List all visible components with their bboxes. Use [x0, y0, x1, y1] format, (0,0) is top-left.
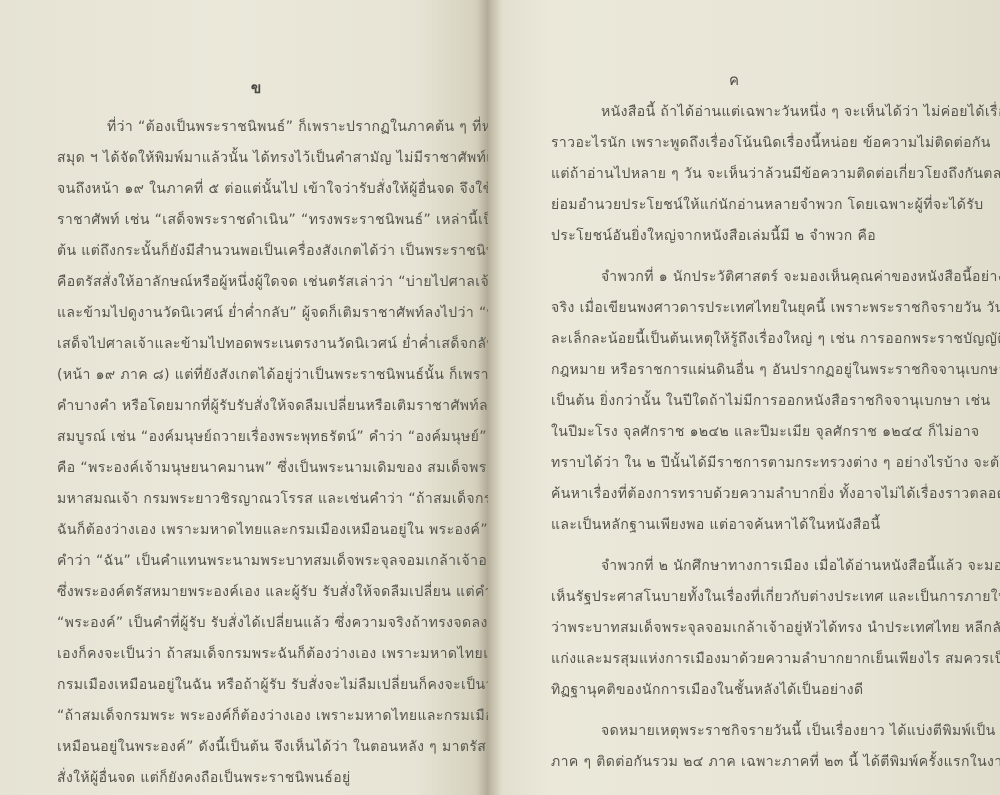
text-line: ฉันก็ต้องว่างเอง เพราะมหาดไทยและกรมเมือง…: [57, 515, 460, 546]
left-page: ข ที่ว่า “ต้องเป็นพระราชนิพนธ์” ก็เพราะป…: [0, 0, 488, 795]
text-line: จนถึงหน้า ๑๙ ในภาคที่ ๕ ต่อแต่นั้นไป เข้…: [57, 174, 460, 205]
right-page-number: ค: [729, 68, 739, 92]
text-line: สมบูรณ์ เช่น “องค์มนุษย์ถวายเรื่องพระพุท…: [57, 422, 460, 453]
text-line: คือตรัสสั่งให้อาลักษณ์หรือผู้หนึ่งผู้ใดจ…: [57, 267, 460, 298]
right-page-text: หนังสือนี้ ถ้าได้อ่านแต่เฉพาะวันหนึ่ง ๆ …: [551, 97, 949, 778]
text-line: จริง เมื่อเขียนพงศาวดารประเทศไทยในยุคนี้…: [551, 293, 949, 324]
paragraph: จดหมายเหตุพระราชกิจรายวันนี้ เป็นเรื่องย…: [551, 716, 949, 778]
text-line: กฎหมาย หรือราชการแผ่นดินอื่น ๆ อันปรากฏอ…: [551, 355, 949, 386]
text-line: ว่าพระบาทสมเด็จพระจุลจอมเกล้าเจ้าอยู่หัว…: [551, 613, 949, 644]
text-line: ค้นหาเรื่องที่ต้องการทราบด้วยความลำบากยิ…: [551, 479, 949, 510]
text-line: จดหมายเหตุพระราชกิจรายวันนี้ เป็นเรื่องย…: [551, 716, 949, 747]
text-line: “พระองค์” เป็นคำที่ผู้รับ รับสั่งได้เปลี…: [57, 608, 460, 639]
text-line: กรมเมืองเหมือนอยู่ในฉัน หรือถ้าผู้รับ รั…: [57, 670, 460, 701]
right-page: ค หนังสือนี้ ถ้าได้อ่านแต่เฉพาะวันหนึ่ง …: [488, 0, 1000, 795]
text-line: คำบางคำ หรือโดยมากที่ผู้รับรับสั่งให้จดล…: [57, 391, 460, 422]
text-line: เองก็คงจะเป็นว่า ถ้าสมเด็จกรมพระฉันก็ต้อ…: [57, 639, 460, 670]
text-line: ทราบได้ว่า ใน ๒ ปีนั้นได้มีราชการตามกระท…: [551, 448, 949, 479]
text-line: ประโยชน์อันยิ่งใหญ่จากหนังสือเล่มนี้มี ๒…: [551, 221, 949, 252]
text-line: เหมือนอยู่ในพระองค์” ดังนี้เป็นต้น จึงเห…: [57, 732, 460, 763]
text-line: “ถ้าสมเด็จกรมพระ พระองค์ก็ต้องว่างเอง เพ…: [57, 701, 460, 732]
text-line: ราชาศัพท์ เช่น “เสด็จพระราชดำเนิน” “ทรงพ…: [57, 205, 460, 236]
left-page-text: ที่ว่า “ต้องเป็นพระราชนิพนธ์” ก็เพราะปรา…: [57, 112, 460, 794]
text-line: คือ “พระองค์เจ้ามนุษยนาคมานพ” ซึ่งเป็นพร…: [57, 453, 460, 484]
text-line: ราวอะไรนัก เพราะพูดถึงเรื่องโน้นนิดเรื่อ…: [551, 128, 949, 159]
text-line: ที่ว่า “ต้องเป็นพระราชนิพนธ์” ก็เพราะปรา…: [57, 112, 460, 143]
text-line: (หน้า ๑๙ ภาค ๘) แต่ที่ยังสังเกตได้อยู่ว่…: [57, 360, 460, 391]
left-page-number: ข: [251, 76, 261, 100]
paragraph: จำพวกที่ ๒ นักศึกษาทางการเมือง เมื่อได้อ…: [551, 551, 949, 706]
text-line: แต่ถ้าอ่านไปหลาย ๆ วัน จะเห็นว่าล้วนมีข้…: [551, 159, 949, 190]
text-line: สั่งให้ผู้อื่นจด แต่ก็ยังคงถือเป็นพระราช…: [57, 763, 460, 794]
text-line: เป็นต้น ยิ่งกว่านั้น ในปีใดถ้าไม่มีการออ…: [551, 386, 949, 417]
book-spread: ข ที่ว่า “ต้องเป็นพระราชนิพนธ์” ก็เพราะป…: [0, 0, 1000, 795]
text-line: มหาสมณเจ้า กรมพระยาวชิรญาณวโรรส และเช่นค…: [57, 484, 460, 515]
text-line: จำพวกที่ ๒ นักศึกษาทางการเมือง เมื่อได้อ…: [551, 551, 949, 582]
text-line: ซึ่งพระองค์ตรัสหมายพระองค์เอง และผู้รับ …: [57, 577, 460, 608]
text-line: ภาค ๆ ติดต่อกันรวม ๒๔ ภาค เฉพาะภาคที่ ๒๓…: [551, 747, 949, 778]
text-line: และเป็นหลักฐานเพียงพอ แต่อาจค้นหาได้ในหน…: [551, 510, 949, 541]
text-line: คำว่า “ฉัน” เป็นคำแทนพระนามพระบาทสมเด็จพ…: [57, 546, 460, 577]
text-line: ละเล็กละน้อยนี้เป็นต้นเหตุให้รู้ถึงเรื่อ…: [551, 324, 949, 355]
text-line: แก่งและมรสุมแห่งการเมืองมาด้วยความลำบากย…: [551, 644, 949, 675]
text-line: สมุด ฯ ได้จัดให้พิมพ์มาแล้วนั้น ได้ทรงไว…: [57, 143, 460, 174]
text-line: ทิฏฐานุคติของนักการเมืองในชั้นหลังได้เป็…: [551, 675, 949, 706]
paragraph: หนังสือนี้ ถ้าได้อ่านแต่เฉพาะวันหนึ่ง ๆ …: [551, 97, 949, 252]
text-line: ในปีมะโรง จุลศักราช ๑๒๔๒ และปีมะเมีย จุล…: [551, 417, 949, 448]
text-line: ต้น แต่ถึงกระนั้นก็ยังมีสำนวนพอเป็นเครื่…: [57, 236, 460, 267]
paragraph: จำพวกที่ ๑ นักประวัติศาสตร์ จะมองเห็นคุณ…: [551, 262, 949, 541]
text-line: และข้ามไปดูงานวัดนิเวศน์ ย่ำค่ำกลับ” ผู้…: [57, 298, 460, 329]
text-line: หนังสือนี้ ถ้าได้อ่านแต่เฉพาะวันหนึ่ง ๆ …: [551, 97, 949, 128]
text-line: จำพวกที่ ๑ นักประวัติศาสตร์ จะมองเห็นคุณ…: [551, 262, 949, 293]
text-line: เสด็จไปศาลเจ้าและข้ามไปทอดพระเนตรงานวัดน…: [57, 329, 460, 360]
text-line: เห็นรัฐประศาสโนบายทั้งในเรื่องที่เกี่ยวก…: [551, 582, 949, 613]
book-gutter: [478, 0, 500, 795]
text-line: ย่อมอำนวยประโยชน์ให้แก่นักอ่านหลายจำพวก …: [551, 190, 949, 221]
